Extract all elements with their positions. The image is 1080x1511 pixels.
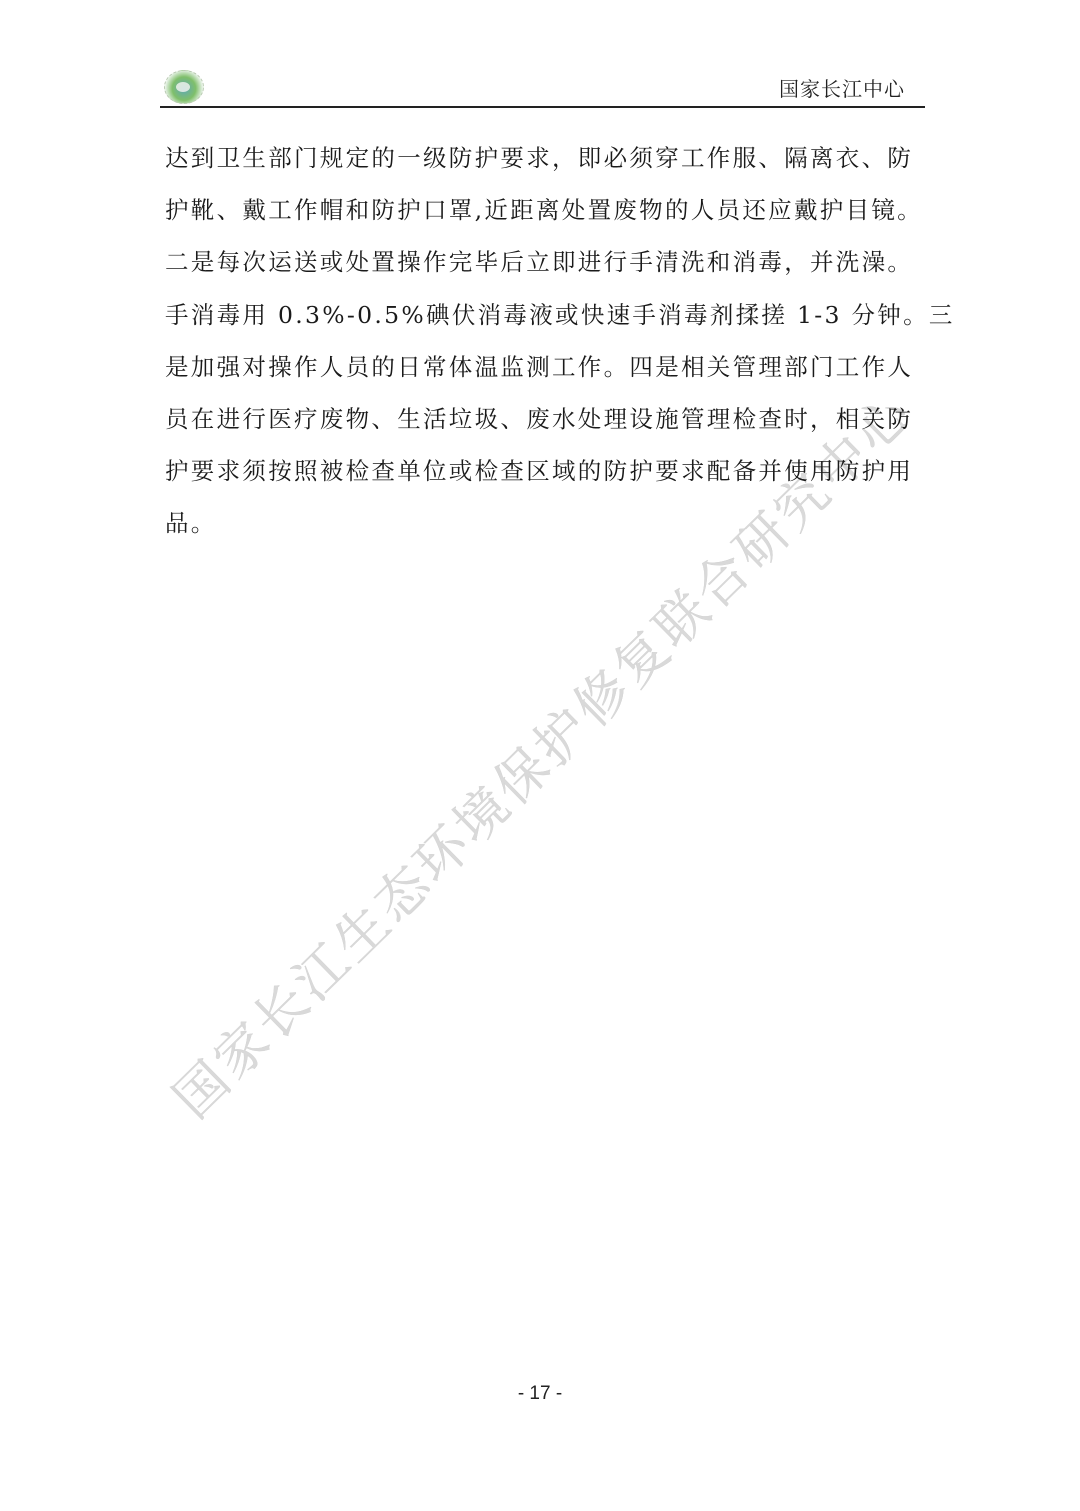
organization-logo-icon <box>164 70 204 104</box>
body-paragraph: 达到卫生部门规定的一级防护要求，即必须穿工作服、隔离衣、防 护靴、戴工作帽和防护… <box>165 138 905 556</box>
text-line: 二是每次运送或处置操作完毕后立即进行手清洗和消毒，并洗澡。 <box>165 242 905 294</box>
page-header: 国家长江中心 <box>160 68 925 108</box>
text-line: 护要求须按照被检查单位或检查区域的防护要求配备并使用防护用 <box>165 451 905 503</box>
text-line: 达到卫生部门规定的一级防护要求，即必须穿工作服、隔离衣、防 <box>165 138 905 190</box>
page-number: - 17 - <box>0 1383 1080 1405</box>
text-line: 手消毒用 0.3%-0.5%碘伏消毒液或快速手消毒剂揉搓 1-3 分钟。三 <box>165 295 905 347</box>
text-line: 是加强对操作人员的日常体温监测工作。四是相关管理部门工作人 <box>165 347 905 399</box>
header-title: 国家长江中心 <box>779 73 905 102</box>
text-line: 护靴、戴工作帽和防护口罩,近距离处置废物的人员还应戴护目镜。 <box>165 190 905 242</box>
text-line: 员在进行医疗废物、生活垃圾、废水处理设施管理检查时，相关防 <box>165 399 905 451</box>
text-line: 品。 <box>165 503 905 555</box>
